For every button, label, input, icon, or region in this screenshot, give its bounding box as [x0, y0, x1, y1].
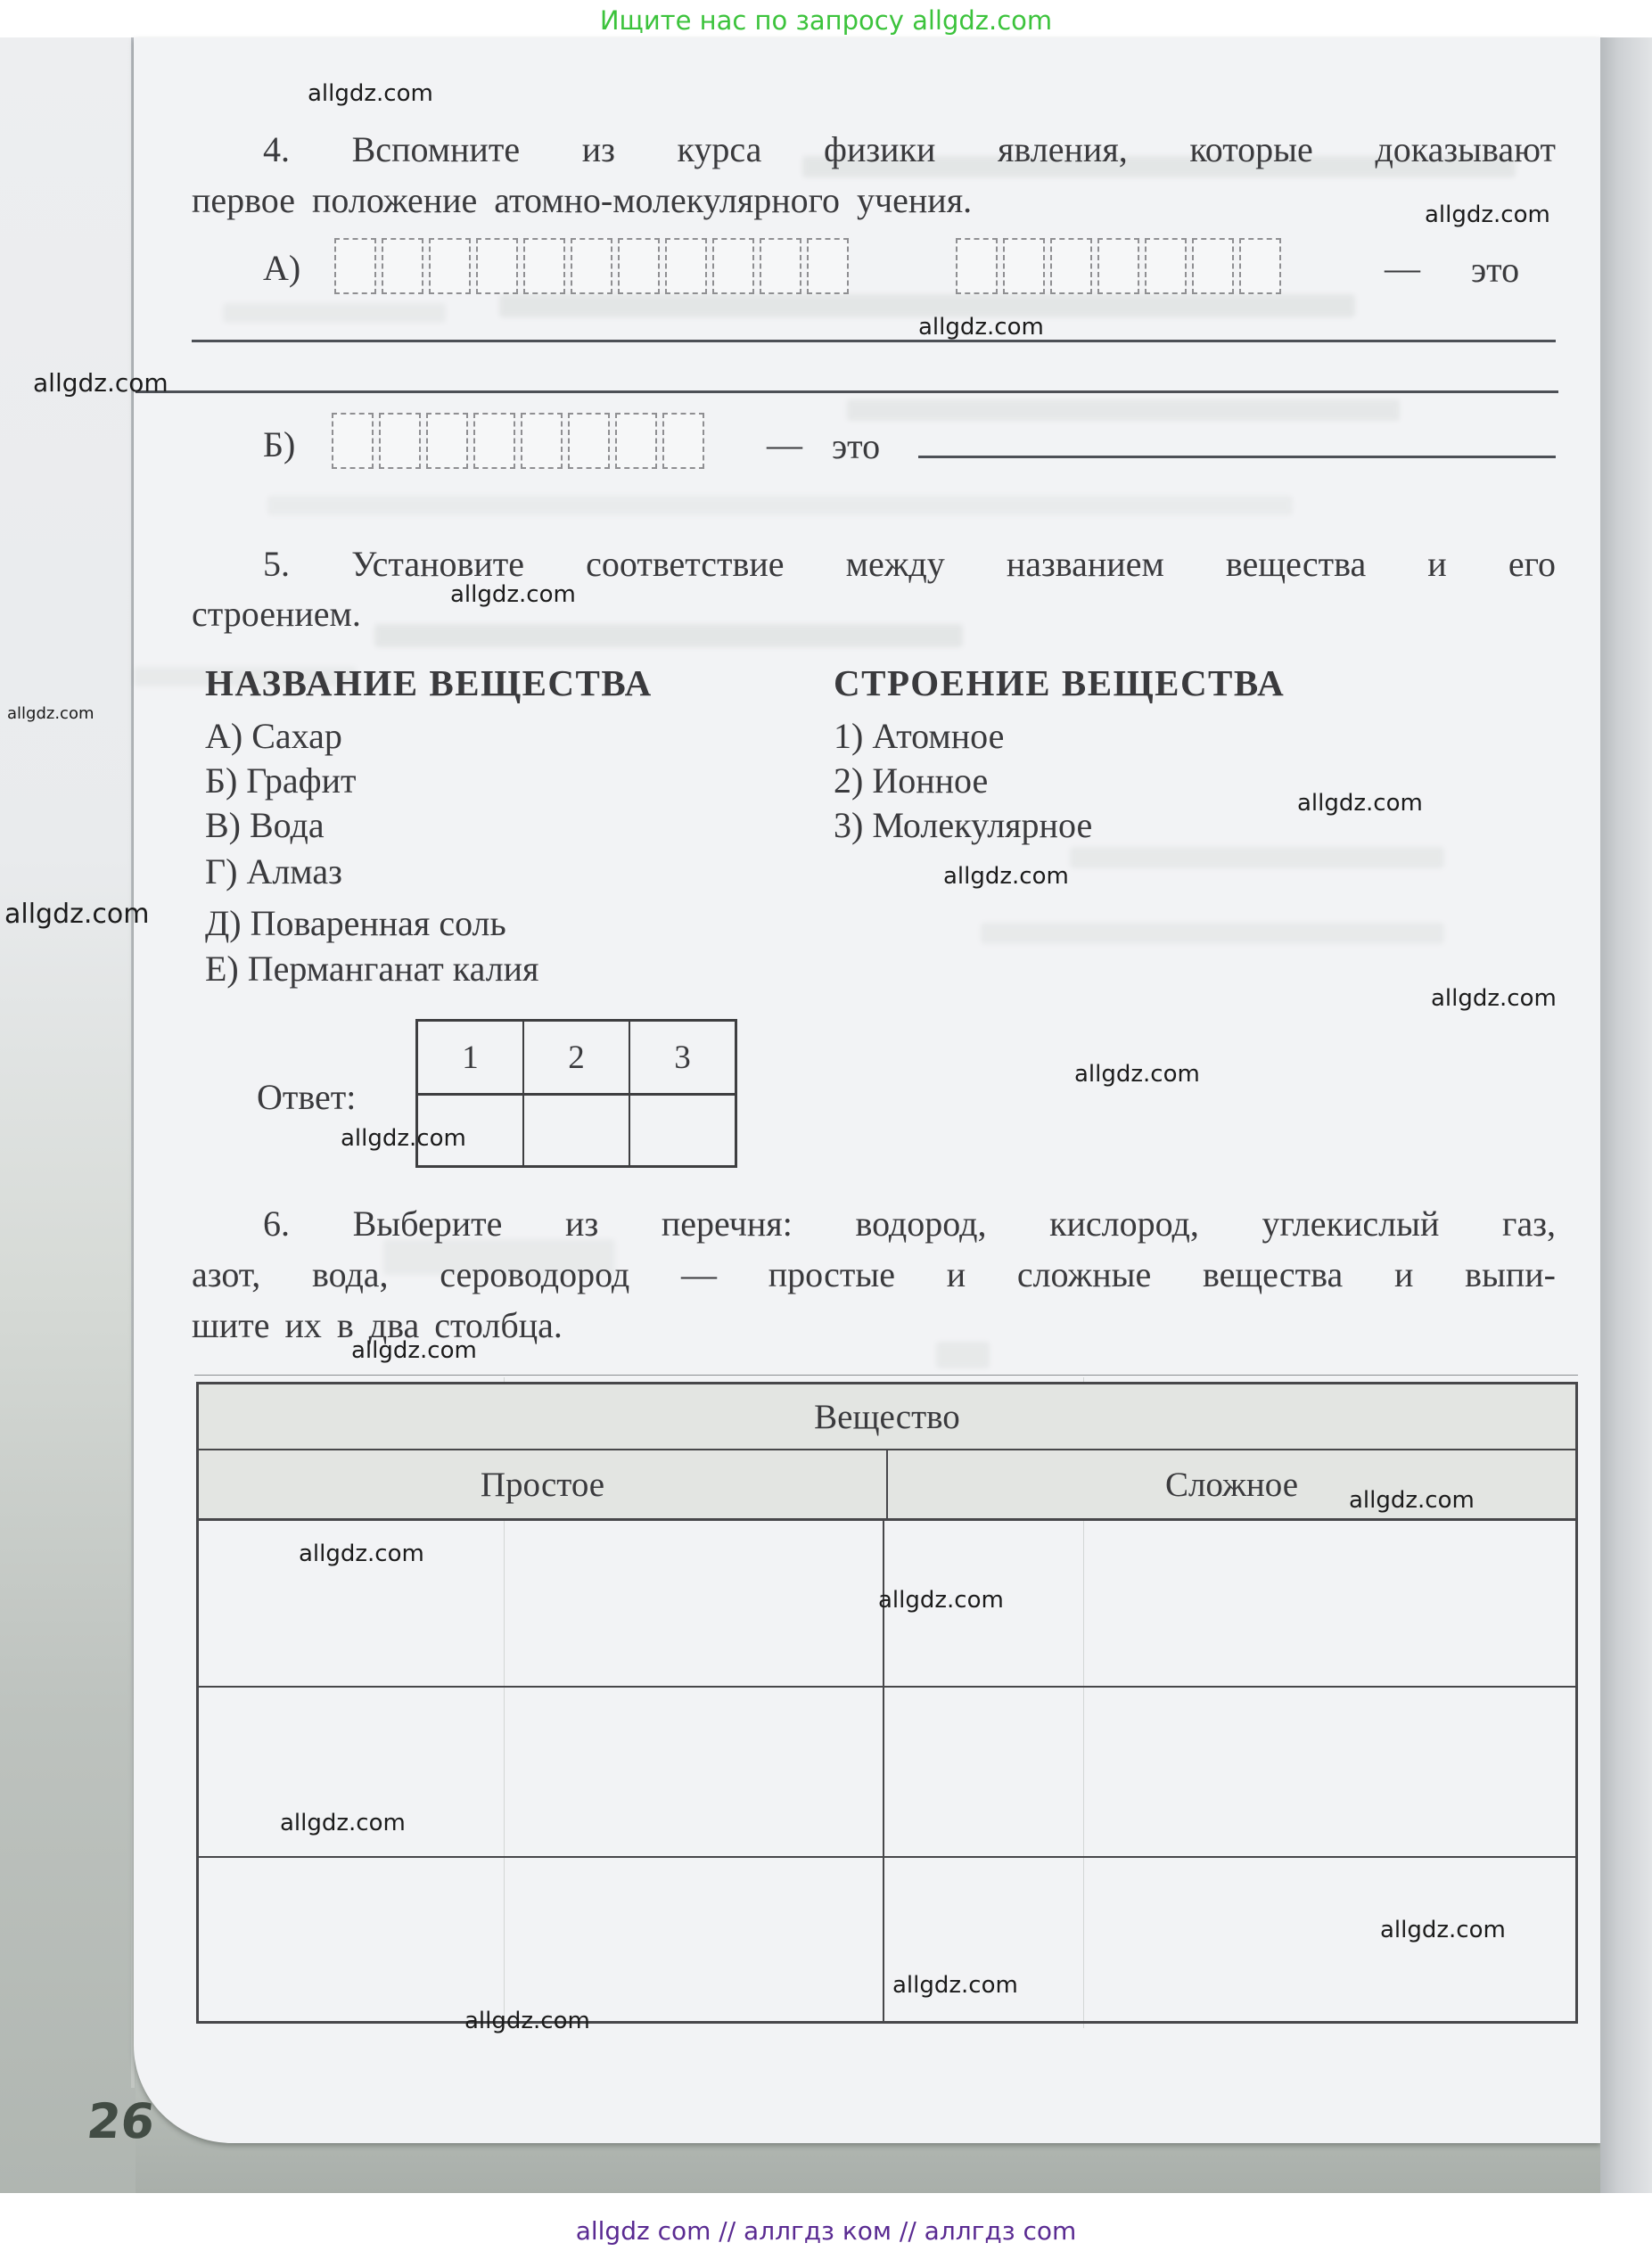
task5-answer-header-3: 3 [630, 1022, 735, 1093]
letter-box[interactable] [334, 238, 376, 294]
bleed-through-ghosting [374, 624, 963, 647]
bleed-through-ghosting [847, 399, 1400, 421]
task5-left-item-b: Б) Графит [205, 760, 356, 801]
watermark-text: allgdz.com [1380, 1917, 1506, 1943]
letter-box[interactable] [1050, 238, 1092, 294]
watermark-text: allgdz.com [341, 1125, 466, 1152]
letter-box[interactable] [712, 238, 754, 294]
task4-b-dash: — [767, 424, 802, 465]
watermark-text: allgdz.com [918, 314, 1044, 341]
task5-right-item-2: 2) Ионное [834, 760, 988, 801]
watermark-text: allgdz.com [1074, 1061, 1200, 1088]
task5-answer-cell-2[interactable] [524, 1096, 630, 1165]
watermark-text: allgdz.com [1425, 201, 1550, 228]
watermark-text: allgdz.com [892, 1972, 1018, 1999]
watermark-text: allgdz.com [7, 704, 95, 723]
bleed-through-ghosting [981, 923, 1444, 944]
bleed-through-ghosting [223, 303, 446, 323]
workbook-page-scan: Ищите нас по запросу allgdz.com 4. Вспом… [0, 0, 1652, 2251]
letter-box[interactable] [1097, 238, 1139, 294]
task5-answer-cell-3[interactable] [630, 1096, 735, 1165]
bleed-through-ghosting [267, 496, 1293, 515]
letter-box[interactable] [618, 238, 660, 294]
letter-box[interactable] [473, 413, 515, 469]
letter-box[interactable] [476, 238, 518, 294]
watermark-text: allgdz.com [1349, 1487, 1475, 1514]
letter-box[interactable] [1003, 238, 1045, 294]
letter-box[interactable] [1192, 238, 1234, 294]
page-right-edge [1600, 37, 1652, 2193]
task6-text-line1: 6. Выберите из перечня: водород, кислоро… [192, 1204, 1556, 1245]
letter-box[interactable] [521, 413, 563, 469]
watermark-text: allgdz.com [1431, 985, 1557, 1012]
task4-b-letter-boxes[interactable] [332, 413, 704, 469]
letter-box[interactable] [662, 413, 704, 469]
letter-box[interactable] [382, 238, 423, 294]
watermark-text: allgdz.com [1297, 790, 1423, 817]
letter-box[interactable] [332, 413, 374, 469]
task5-left-item-e: Е) Перманганат калия [205, 949, 538, 990]
task6-text-line2: азот, вода, сероводород — простые и слож… [192, 1254, 1556, 1295]
bleed-through-ghosting [1070, 847, 1444, 868]
page-spine-strip [0, 37, 136, 2193]
letter-box[interactable] [615, 413, 657, 469]
letter-box[interactable] [760, 238, 801, 294]
watermark-text: allgdz.com [464, 2008, 590, 2034]
task4-b-eto-label: это [832, 426, 880, 467]
letter-box[interactable] [1239, 238, 1281, 294]
letter-box[interactable] [956, 238, 998, 294]
watermark-text: allgdz.com [4, 899, 150, 930]
letter-box[interactable] [523, 238, 565, 294]
task4-text-line1: 4. Вспомните из курса физики явления, ко… [192, 129, 1556, 170]
task6-col-simple-header: Простое [199, 1450, 888, 1518]
watermark-text: allgdz.com [878, 1587, 1004, 1614]
letter-box[interactable] [665, 238, 707, 294]
task5-answer-header-1: 1 [418, 1022, 524, 1093]
footer-site-text: allgdz com // аллгдз ком // аллгдз com [0, 2216, 1652, 2246]
task5-left-item-v: В) Вода [205, 805, 325, 846]
task5-left-item-g: Г) Алмаз [205, 851, 342, 892]
task5-left-item-d: Д) Поваренная соль [205, 903, 506, 944]
task4-answer-line-2[interactable] [136, 390, 1558, 393]
task6-simple-column-writing-area[interactable] [199, 1521, 883, 2021]
table-top-scanline [194, 1375, 1578, 1376]
task4-item-a-label: А) [263, 248, 300, 289]
bleed-through-ghosting [936, 1342, 990, 1368]
letter-box[interactable] [379, 413, 421, 469]
task4-b-answer-line[interactable] [918, 456, 1556, 458]
task4-text-line2: первое положение атомно-молекулярного уч… [192, 180, 972, 221]
task4-answer-line-1[interactable] [192, 340, 1556, 342]
page-number: 26 [85, 2093, 158, 2149]
task5-right-item-3: 3) Молекулярное [834, 805, 1092, 846]
task4-a-eto-label: это [1471, 250, 1519, 291]
task6-substance-table: Вещество Простое Сложное [196, 1382, 1578, 2024]
letter-box[interactable] [807, 238, 849, 294]
watermark-text: allgdz.com [280, 1810, 406, 1836]
watermark-text: allgdz.com [33, 368, 168, 398]
task5-right-item-1: 1) Атомное [834, 716, 1004, 757]
letter-box[interactable] [1145, 238, 1187, 294]
letter-box[interactable] [568, 413, 610, 469]
task5-left-column-header: НАЗВАНИЕ ВЕЩЕСТВА [205, 662, 653, 703]
watermark-text: allgdz.com [943, 863, 1069, 890]
promo-header-text: Ищите нас по запросу allgdz.com [0, 5, 1652, 36]
watermark-text: allgdz.com [351, 1337, 477, 1364]
task4-a-letter-boxes-group2[interactable] [956, 238, 1281, 294]
task5-answer-table-header-row: 1 2 3 [418, 1022, 735, 1096]
watermark-text: allgdz.com [308, 80, 433, 107]
task4-a-letter-boxes-group1[interactable] [334, 238, 849, 294]
task5-answer-header-2: 2 [524, 1022, 630, 1093]
letter-box[interactable] [426, 413, 468, 469]
task5-right-column-header: СТРОЕНИЕ ВЕЩЕСТВА [834, 662, 1285, 703]
watermark-text: allgdz.com [450, 581, 576, 608]
letter-box[interactable] [571, 238, 612, 294]
letter-box[interactable] [429, 238, 471, 294]
task5-text-line2: строением. [192, 594, 361, 635]
watermark-text: allgdz.com [299, 1540, 424, 1567]
task4-item-b-label: Б) [263, 424, 295, 465]
task5-answer-label: Ответ: [257, 1077, 356, 1118]
task6-table-title: Вещество [199, 1384, 1575, 1450]
task4-a-dash: — [1385, 248, 1420, 289]
task5-text-line1: 5. Установите соответствие между названи… [192, 544, 1556, 585]
task5-left-item-a: А) Сахар [205, 716, 342, 757]
